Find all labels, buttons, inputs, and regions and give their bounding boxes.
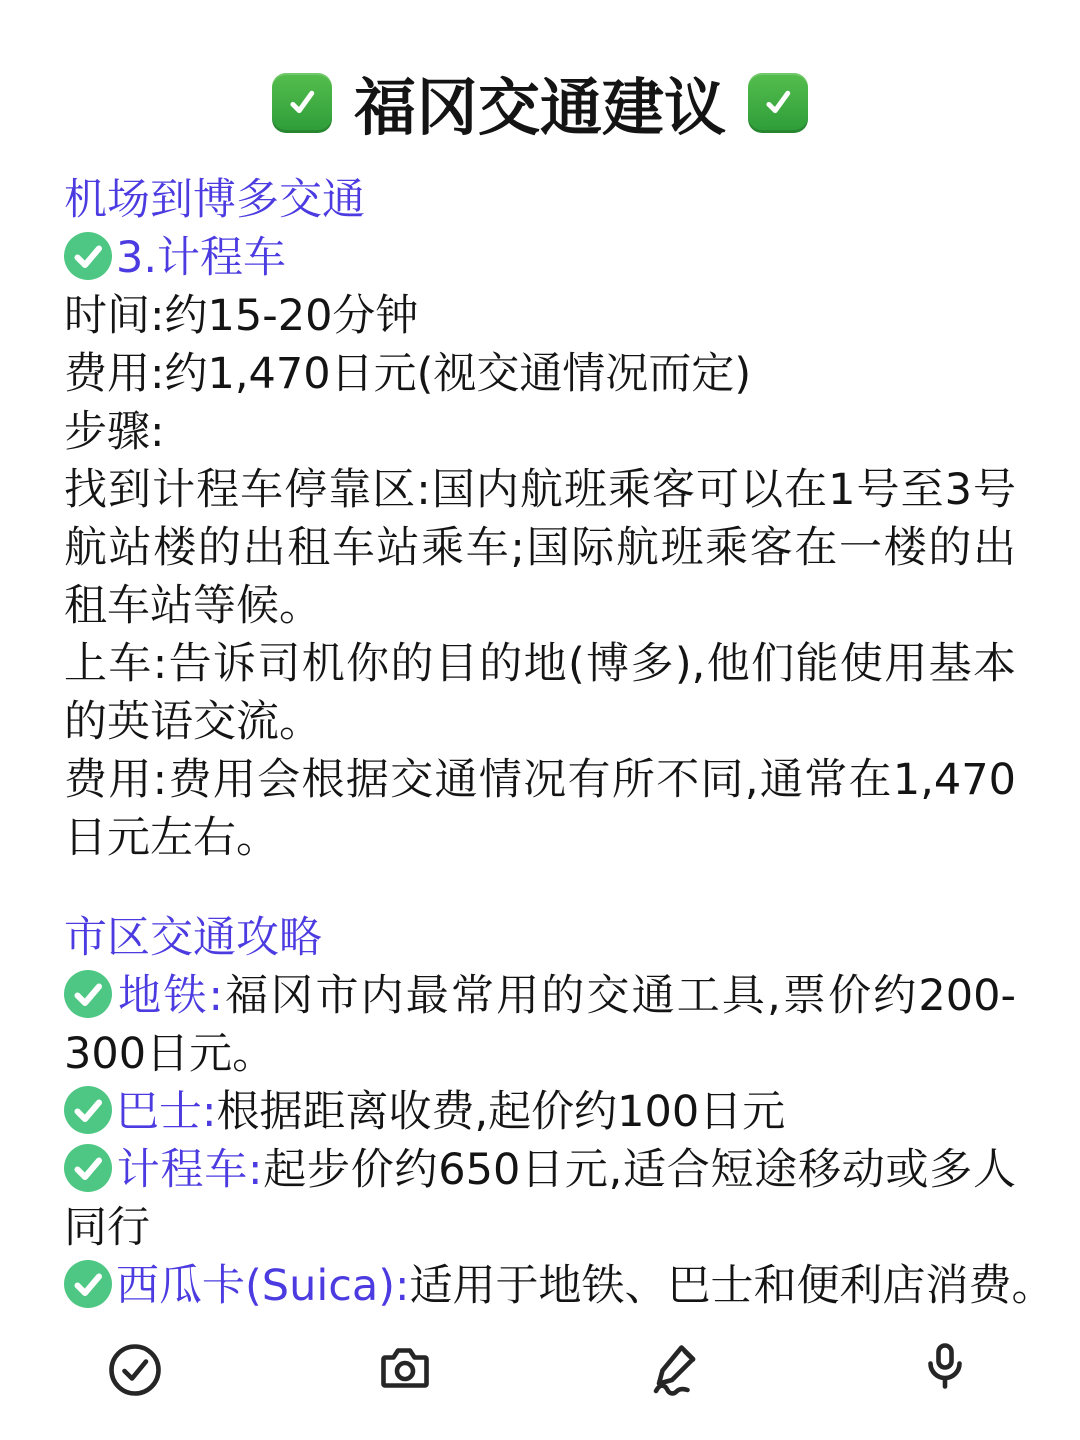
bullet-label: 巴士: [116,1087,217,1137]
camera-button[interactable] [270,1320,540,1440]
check-circle-icon [64,1086,112,1134]
bullet-label: 计程车: [116,1145,263,1195]
paragraph: 费用:费用会根据交通情况有所不同,通常在1,470日元左右。 [64,751,1016,867]
note-page: 福冈交通建议 机场到博多交通 3.计程车 时间:约15-20分钟 费用:约1,4… [0,0,1080,1315]
check-mark-button-emoji [272,73,332,133]
item-label: 3.计程车 [116,233,286,283]
check-circle-icon [64,1144,112,1192]
list-item: 西瓜卡(Suica):适用于地铁、巴士和便利店消费。 [64,1257,1016,1315]
note-title: 福冈交通建议 [64,0,1016,147]
markup-button[interactable] [540,1320,810,1440]
paragraph: 找到计程车停靠区:国内航班乘客可以在1号至3号航站楼的出租车站乘车;国际航班乘客… [64,461,1016,635]
paragraph: 费用:约1,470日元(视交通情况而定) [64,345,1016,403]
note-body[interactable]: 机场到博多交通 3.计程车 时间:约15-20分钟 费用:约1,470日元(视交… [64,171,1016,1315]
section-heading: 机场到博多交通 [64,171,1016,229]
list-item: 3.计程车 [64,229,1016,287]
notes-app-screen: { "colors": { "accent_blue": "#4b3be0", … [0,0,1080,1440]
page-title: 福冈交通建议 [354,58,726,147]
check-mark-button-emoji [748,73,808,133]
check-circle-icon [64,1260,112,1308]
list-item: 地铁:福冈市内最常用的交通工具,票价约200-300日元。 [64,967,1016,1083]
markup-pen-icon [645,1340,705,1400]
bullet-text: 适用于地铁、巴士和便利店消费。 [410,1261,1055,1311]
check-circle-icon [64,970,112,1018]
paragraph: 时间:约15-20分钟 [64,287,1016,345]
bottom-toolbar [0,1320,1080,1440]
paragraph: 上车:告诉司机你的目的地(博多),他们能使用基本的英语交流。 [64,635,1016,751]
paragraph: 步骤: [64,403,1016,461]
bullet-text: 根据距离收费,起价约100日元 [217,1087,786,1137]
dictate-button[interactable] [810,1320,1080,1440]
section-airport: 机场到博多交通 3.计程车 时间:约15-20分钟 费用:约1,470日元(视交… [64,171,1016,867]
section-city: 市区交通攻略 地铁:福冈市内最常用的交通工具,票价约200-300日元。 巴士:… [64,909,1016,1315]
camera-icon [375,1340,435,1400]
section-heading: 市区交通攻略 [64,909,1016,967]
check-circle-icon [64,232,112,280]
checklist-icon [105,1340,165,1400]
checklist-button[interactable] [0,1320,270,1440]
microphone-icon [915,1340,975,1400]
list-item: 计程车:起步价约650日元,适合短途移动或多人同行 [64,1141,1016,1257]
bullet-label: 西瓜卡(Suica): [116,1261,410,1311]
bullet-label: 地铁: [116,971,223,1021]
list-item: 巴士:根据距离收费,起价约100日元 [64,1083,1016,1141]
